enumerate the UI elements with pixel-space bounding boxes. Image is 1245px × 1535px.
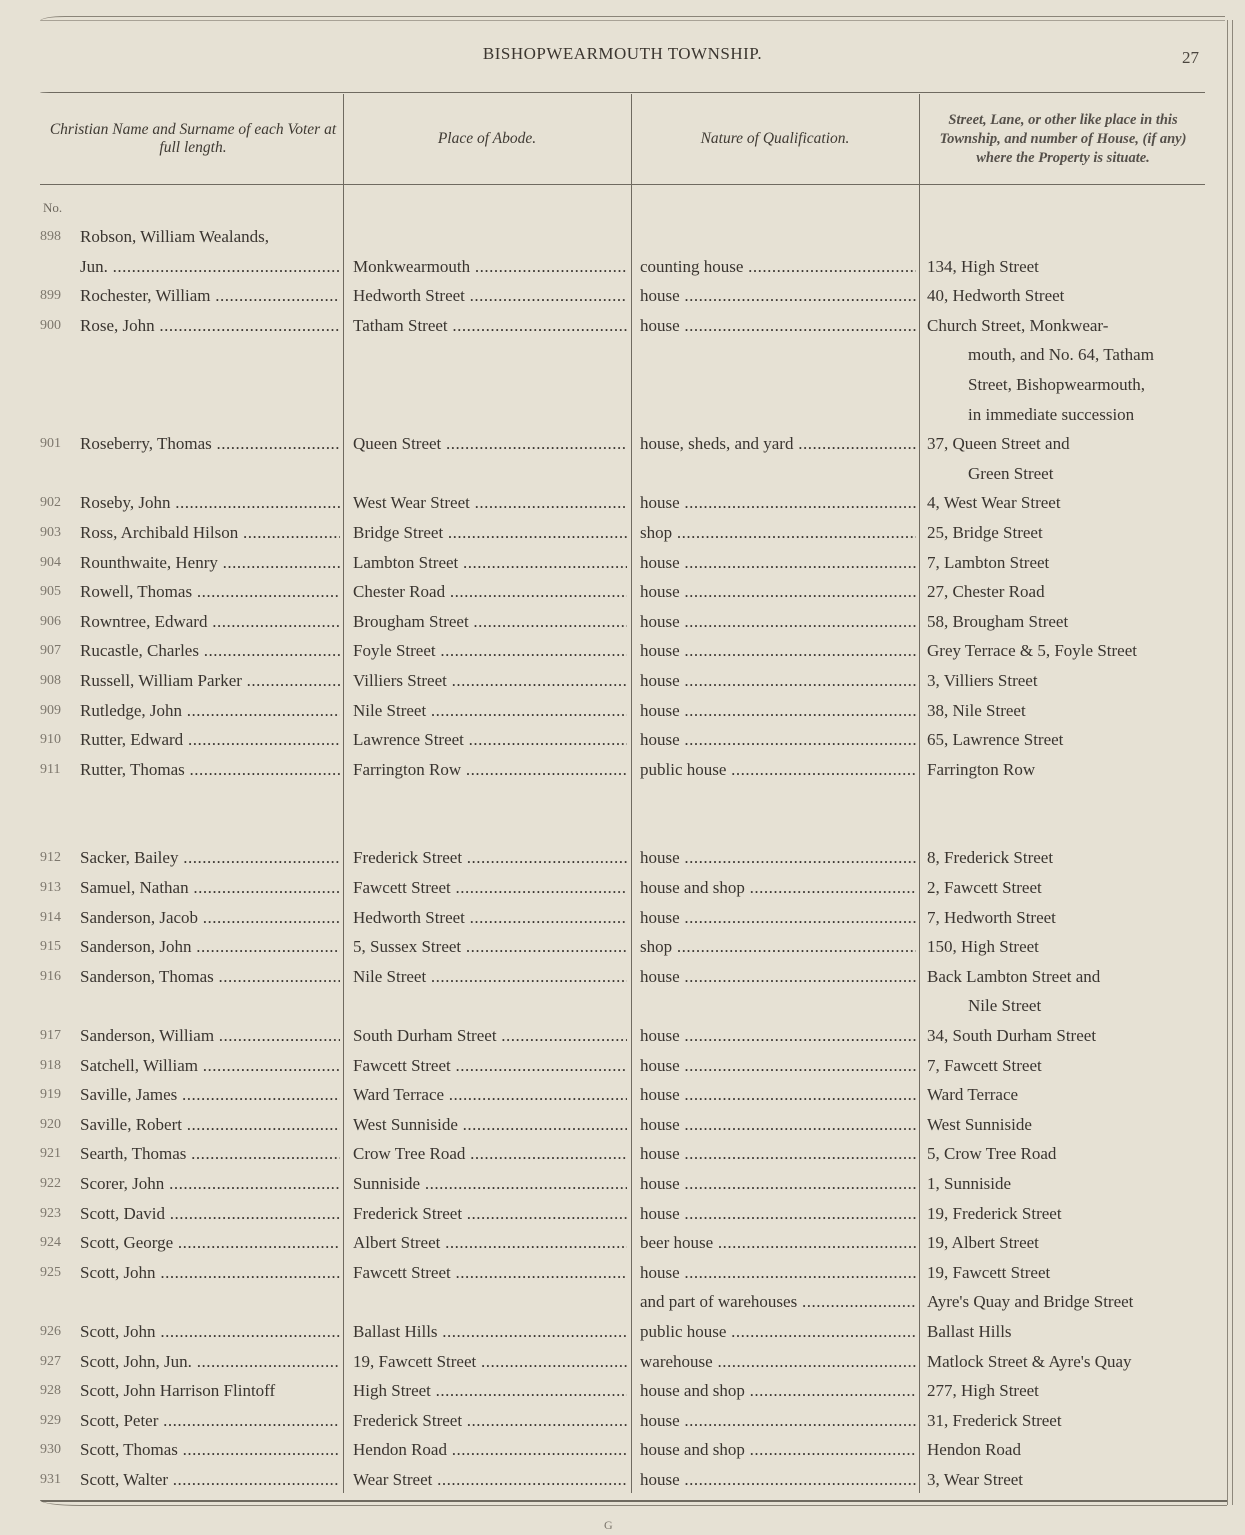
place-of-abode: Wear Street <box>353 1465 627 1495</box>
table-row: Jun.Monkwearmouthcounting house134, High… <box>0 252 1245 282</box>
property-location: Grey Terrace & 5, Foyle Street <box>927 636 1207 666</box>
voter-name: Roseberry, Thomas <box>80 429 340 459</box>
table-row: 899Rochester, WilliamHedworth Streethous… <box>0 281 1245 311</box>
qualification: house <box>640 1406 916 1436</box>
voter-number: 905 <box>40 577 78 607</box>
table-row: 929Scott, PeterFrederick Streethouse31, … <box>0 1406 1245 1436</box>
table-row: 925Scott, JohnFawcett Streethouse19, Faw… <box>0 1258 1245 1288</box>
qualification: house and shop <box>640 1376 916 1406</box>
voter-name: Rowntree, Edward <box>80 607 340 637</box>
qualification: house and shop <box>640 1435 916 1465</box>
table-row: 917Sanderson, WilliamSouth Durham Street… <box>0 1021 1245 1051</box>
property-location: in immediate succession <box>968 400 1245 430</box>
column-header-qualification: Nature of Qualification. <box>632 94 918 184</box>
qualification: house <box>640 607 916 637</box>
column-header-location: Street, Lane, or other like place in thi… <box>920 94 1206 184</box>
voter-number: 931 <box>40 1465 78 1495</box>
property-location: 19, Fawcett Street <box>927 1258 1207 1288</box>
voter-name: Searth, Thomas <box>80 1139 340 1169</box>
voter-name: Samuel, Nathan <box>80 873 340 903</box>
property-location: 19, Frederick Street <box>927 1199 1207 1229</box>
place-of-abode: Villiers Street <box>353 666 627 696</box>
voter-number: 908 <box>40 666 78 696</box>
table-row: 902Roseby, JohnWest Wear Streethouse4, W… <box>0 488 1245 518</box>
property-location: Hendon Road <box>927 1435 1207 1465</box>
top-rule <box>40 16 1225 21</box>
property-location: 38, Nile Street <box>927 696 1207 726</box>
table-row: 905Rowell, ThomasChester Roadhouse27, Ch… <box>0 577 1245 607</box>
place-of-abode: High Street <box>353 1376 627 1406</box>
voter-name: Saville, Robert <box>80 1110 340 1140</box>
place-of-abode: Monkwearmouth <box>353 252 627 282</box>
voter-number: 920 <box>40 1110 78 1140</box>
table-row: 911Rutter, ThomasFarrington Rowpublic ho… <box>0 755 1245 785</box>
table-row: 928Scott, John Harrison FlintoffHigh Str… <box>0 1376 1245 1406</box>
qualification: house <box>640 1139 916 1169</box>
property-location: 8, Frederick Street <box>927 843 1207 873</box>
voter-name: Rounthwaite, Henry <box>80 548 340 578</box>
qualification: warehouse <box>640 1347 916 1377</box>
table-row: 898Robson, William Wealands, <box>0 222 1245 252</box>
qualification: shop <box>640 518 916 548</box>
voter-number: 903 <box>40 518 78 548</box>
place-of-abode: Hendon Road <box>353 1435 627 1465</box>
table-row: 907Rucastle, CharlesFoyle StreethouseGre… <box>0 636 1245 666</box>
property-location: 3, Villiers Street <box>927 666 1207 696</box>
table-row <box>0 784 1245 814</box>
place-of-abode: Tatham Street <box>353 311 627 341</box>
voter-name: Scott, David <box>80 1199 340 1229</box>
voter-name: Scott, Walter <box>80 1465 340 1495</box>
place-of-abode: Lambton Street <box>353 548 627 578</box>
qualification: house <box>640 1110 916 1140</box>
voter-number: 912 <box>40 843 78 873</box>
property-location: Ward Terrace <box>927 1080 1207 1110</box>
table-row: 904Rounthwaite, HenryLambton Streethouse… <box>0 548 1245 578</box>
property-location: 65, Lawrence Street <box>927 725 1207 755</box>
table-row <box>0 814 1245 844</box>
qualification: house <box>640 548 916 578</box>
property-location: 40, Hedworth Street <box>927 281 1207 311</box>
voter-number: 918 <box>40 1051 78 1081</box>
property-location: 37, Queen Street and <box>927 429 1207 459</box>
place-of-abode: South Durham Street <box>353 1021 627 1051</box>
voter-table: 898Robson, William Wealands,Jun.Monkwear… <box>0 222 1245 1495</box>
property-location: Ballast Hills <box>927 1317 1207 1347</box>
voter-name: Rochester, William <box>80 281 340 311</box>
qualification: house <box>640 1258 916 1288</box>
place-of-abode: Crow Tree Road <box>353 1139 627 1169</box>
property-location: 31, Frederick Street <box>927 1406 1207 1436</box>
qualification: house <box>640 636 916 666</box>
voter-name: Russell, William Parker <box>80 666 340 696</box>
place-of-abode: Fawcett Street <box>353 873 627 903</box>
voter-number: 906 <box>40 607 78 637</box>
property-location: Matlock Street & Ayre's Quay <box>927 1347 1207 1377</box>
voter-number: 910 <box>40 725 78 755</box>
table-row: 914Sanderson, JacobHedworth Streethouse7… <box>0 903 1245 933</box>
place-of-abode: 5, Sussex Street <box>353 932 627 962</box>
voter-name: Roseby, John <box>80 488 340 518</box>
header-rule-top <box>40 92 1205 93</box>
table-row: Nile Street <box>0 991 1245 1021</box>
table-row: 921Searth, ThomasCrow Tree Roadhouse5, C… <box>0 1139 1245 1169</box>
table-row: 908Russell, William ParkerVilliers Stree… <box>0 666 1245 696</box>
property-location: Street, Bishopwearmouth, <box>968 370 1245 400</box>
qualification: house <box>640 903 916 933</box>
table-row: and part of warehousesAyre's Quay and Br… <box>0 1287 1245 1317</box>
voter-name: Scott, John, Jun. <box>80 1347 340 1377</box>
property-location: mouth, and No. 64, Tatham <box>968 340 1245 370</box>
qualification: house <box>640 1080 916 1110</box>
table-row: Green Street <box>0 459 1245 489</box>
qualification: house <box>640 577 916 607</box>
voter-number: 917 <box>40 1021 78 1051</box>
property-location: 1, Sunniside <box>927 1169 1207 1199</box>
place-of-abode: Hedworth Street <box>353 903 627 933</box>
voter-number: 915 <box>40 932 78 962</box>
table-row: mouth, and No. 64, Tatham <box>0 340 1245 370</box>
qualification: house <box>640 311 916 341</box>
voter-name: Scott, Peter <box>80 1406 340 1436</box>
voter-number: 916 <box>40 962 78 992</box>
voter-number: 925 <box>40 1258 78 1288</box>
column-header-name: Christian Name and Surname of each Voter… <box>44 94 342 184</box>
qualification: house and shop <box>640 873 916 903</box>
place-of-abode: Ward Terrace <box>353 1080 627 1110</box>
voter-name: Ross, Archibald Hilson <box>80 518 340 548</box>
property-location: 7, Lambton Street <box>927 548 1207 578</box>
voter-name: Satchell, William <box>80 1051 340 1081</box>
qualification: house <box>640 843 916 873</box>
voter-number: 900 <box>40 311 78 341</box>
place-of-abode: 19, Fawcett Street <box>353 1347 627 1377</box>
table-row: 916Sanderson, ThomasNile StreethouseBack… <box>0 962 1245 992</box>
property-location: West Sunniside <box>927 1110 1207 1140</box>
place-of-abode: Frederick Street <box>353 1406 627 1436</box>
table-row: 910Rutter, EdwardLawrence Streethouse65,… <box>0 725 1245 755</box>
voter-name: Robson, William Wealands, <box>80 222 340 252</box>
voter-number: 898 <box>40 222 78 252</box>
place-of-abode: Frederick Street <box>353 843 627 873</box>
table-row: 901Roseberry, ThomasQueen Streethouse, s… <box>0 429 1245 459</box>
voter-name: Sanderson, Jacob <box>80 903 340 933</box>
qualification: beer house <box>640 1228 916 1258</box>
place-of-abode: Brougham Street <box>353 607 627 637</box>
place-of-abode: Hedworth Street <box>353 281 627 311</box>
place-of-abode: Bridge Street <box>353 518 627 548</box>
property-location: 134, High Street <box>927 252 1207 282</box>
table-row: 919Saville, JamesWard TerracehouseWard T… <box>0 1080 1245 1110</box>
property-location: 150, High Street <box>927 932 1207 962</box>
voter-number: 923 <box>40 1199 78 1229</box>
table-row: 906Rowntree, EdwardBrougham Streethouse5… <box>0 607 1245 637</box>
property-location: 5, Crow Tree Road <box>927 1139 1207 1169</box>
qualification: counting house <box>640 252 916 282</box>
table-row: 930Scott, ThomasHendon Roadhouse and sho… <box>0 1435 1245 1465</box>
qualification: house <box>640 666 916 696</box>
voter-number: 924 <box>40 1228 78 1258</box>
property-location: 4, West Wear Street <box>927 488 1207 518</box>
voter-name: Sanderson, John <box>80 932 340 962</box>
voter-name: Scorer, John <box>80 1169 340 1199</box>
qualification: and part of warehouses <box>640 1287 916 1317</box>
qualification: house <box>640 1021 916 1051</box>
voter-name: Rowell, Thomas <box>80 577 340 607</box>
qualification: public house <box>640 1317 916 1347</box>
property-location: Church Street, Monkwear- <box>927 311 1207 341</box>
voter-number: 927 <box>40 1347 78 1377</box>
voter-name: Sanderson, Thomas <box>80 962 340 992</box>
voter-number: 926 <box>40 1317 78 1347</box>
voter-number: 904 <box>40 548 78 578</box>
place-of-abode: Farrington Row <box>353 755 627 785</box>
table-row: 912Sacker, BaileyFrederick Streethouse8,… <box>0 843 1245 873</box>
voter-name: Sanderson, William <box>80 1021 340 1051</box>
voter-name: Sacker, Bailey <box>80 843 340 873</box>
voter-number: 913 <box>40 873 78 903</box>
table-row: 923Scott, DavidFrederick Streethouse19, … <box>0 1199 1245 1229</box>
qualification: shop <box>640 932 916 962</box>
place-of-abode: West Sunniside <box>353 1110 627 1140</box>
property-location: Nile Street <box>968 991 1245 1021</box>
table-row: 913Samuel, NathanFawcett Streethouse and… <box>0 873 1245 903</box>
table-row: Street, Bishopwearmouth, <box>0 370 1245 400</box>
table-row: 918Satchell, WilliamFawcett Streethouse7… <box>0 1051 1245 1081</box>
voter-number: 899 <box>40 281 78 311</box>
property-location: 7, Hedworth Street <box>927 903 1207 933</box>
place-of-abode: Albert Street <box>353 1228 627 1258</box>
table-row: 926Scott, JohnBallast Hillspublic houseB… <box>0 1317 1245 1347</box>
voter-name: Saville, James <box>80 1080 340 1110</box>
property-location: 25, Bridge Street <box>927 518 1207 548</box>
voter-number: 902 <box>40 488 78 518</box>
property-location: 34, South Durham Street <box>927 1021 1207 1051</box>
qualification: house <box>640 1465 916 1495</box>
voter-number: 928 <box>40 1376 78 1406</box>
voter-name: Scott, John <box>80 1317 340 1347</box>
qualification: house <box>640 962 916 992</box>
table-row: 909Rutledge, JohnNile Streethouse38, Nil… <box>0 696 1245 726</box>
voter-name: Rutledge, John <box>80 696 340 726</box>
property-location: 7, Fawcett Street <box>927 1051 1207 1081</box>
property-location: Farrington Row <box>927 755 1207 785</box>
place-of-abode: Lawrence Street <box>353 725 627 755</box>
voter-name: Rose, John <box>80 311 340 341</box>
voter-name: Rucastle, Charles <box>80 636 340 666</box>
qualification: house <box>640 488 916 518</box>
voter-number: 901 <box>40 429 78 459</box>
qualification: house <box>640 1199 916 1229</box>
table-row: 922Scorer, JohnSunnisidehouse1, Sunnisid… <box>0 1169 1245 1199</box>
property-location: 2, Fawcett Street <box>927 873 1207 903</box>
running-head: BISHOPWEARMOUTH TOWNSHIP. <box>0 44 1245 64</box>
voter-name: Scott, John <box>80 1258 340 1288</box>
voter-number: 930 <box>40 1435 78 1465</box>
place-of-abode: Frederick Street <box>353 1199 627 1229</box>
place-of-abode: Ballast Hills <box>353 1317 627 1347</box>
signature-mark: G <box>604 1518 613 1533</box>
place-of-abode: Chester Road <box>353 577 627 607</box>
qualification: house, sheds, and yard <box>640 429 916 459</box>
voter-number: 919 <box>40 1080 78 1110</box>
place-of-abode: Queen Street <box>353 429 627 459</box>
table-row: 915Sanderson, John5, Sussex Streetshop15… <box>0 932 1245 962</box>
qualification: house <box>640 1051 916 1081</box>
page-number: 27 <box>1182 48 1199 68</box>
table-row: 920Saville, RobertWest SunnisidehouseWes… <box>0 1110 1245 1140</box>
voter-name: Scott, John Harrison Flintoff <box>80 1376 340 1406</box>
table-row: in immediate succession <box>0 400 1245 430</box>
column-header-abode: Place of Abode. <box>344 94 630 184</box>
voter-number: 907 <box>40 636 78 666</box>
place-of-abode: Nile Street <box>353 962 627 992</box>
table-row: 900Rose, JohnTatham StreethouseChurch St… <box>0 311 1245 341</box>
header-rule-bottom <box>40 184 1205 185</box>
qualification: house <box>640 725 916 755</box>
voter-name: Rutter, Thomas <box>80 755 340 785</box>
table-row: 931Scott, WalterWear Streethouse3, Wear … <box>0 1465 1245 1495</box>
voter-name: Jun. <box>80 252 340 282</box>
place-of-abode: Sunniside <box>353 1169 627 1199</box>
number-column-label: No. <box>43 200 62 216</box>
qualification: public house <box>640 755 916 785</box>
place-of-abode: Foyle Street <box>353 636 627 666</box>
voter-name: Rutter, Edward <box>80 725 340 755</box>
property-location: Ayre's Quay and Bridge Street <box>927 1287 1207 1317</box>
place-of-abode: West Wear Street <box>353 488 627 518</box>
bottom-rule <box>40 1500 1227 1506</box>
voter-number: 922 <box>40 1169 78 1199</box>
voter-number: 909 <box>40 696 78 726</box>
voter-name: Scott, Thomas <box>80 1435 340 1465</box>
voter-number: 911 <box>40 755 78 785</box>
property-location: 19, Albert Street <box>927 1228 1207 1258</box>
place-of-abode: Fawcett Street <box>353 1258 627 1288</box>
voter-number: 921 <box>40 1139 78 1169</box>
table-row: 903Ross, Archibald HilsonBridge Streetsh… <box>0 518 1245 548</box>
property-location: 3, Wear Street <box>927 1465 1207 1495</box>
qualification: house <box>640 696 916 726</box>
qualification: house <box>640 281 916 311</box>
property-location: 58, Brougham Street <box>927 607 1207 637</box>
table-row: 924Scott, GeorgeAlbert Streetbeer house1… <box>0 1228 1245 1258</box>
place-of-abode: Nile Street <box>353 696 627 726</box>
property-location: Back Lambton Street and <box>927 962 1207 992</box>
property-location: 277, High Street <box>927 1376 1207 1406</box>
table-row: 927Scott, John, Jun.19, Fawcett Streetwa… <box>0 1347 1245 1377</box>
voter-number: 929 <box>40 1406 78 1436</box>
register-page: BISHOPWEARMOUTH TOWNSHIP. 27 Christian N… <box>0 0 1245 1535</box>
place-of-abode: Fawcett Street <box>353 1051 627 1081</box>
voter-number: 914 <box>40 903 78 933</box>
property-location: 27, Chester Road <box>927 577 1207 607</box>
qualification: house <box>640 1169 916 1199</box>
property-location: Green Street <box>968 459 1245 489</box>
voter-name: Scott, George <box>80 1228 340 1258</box>
